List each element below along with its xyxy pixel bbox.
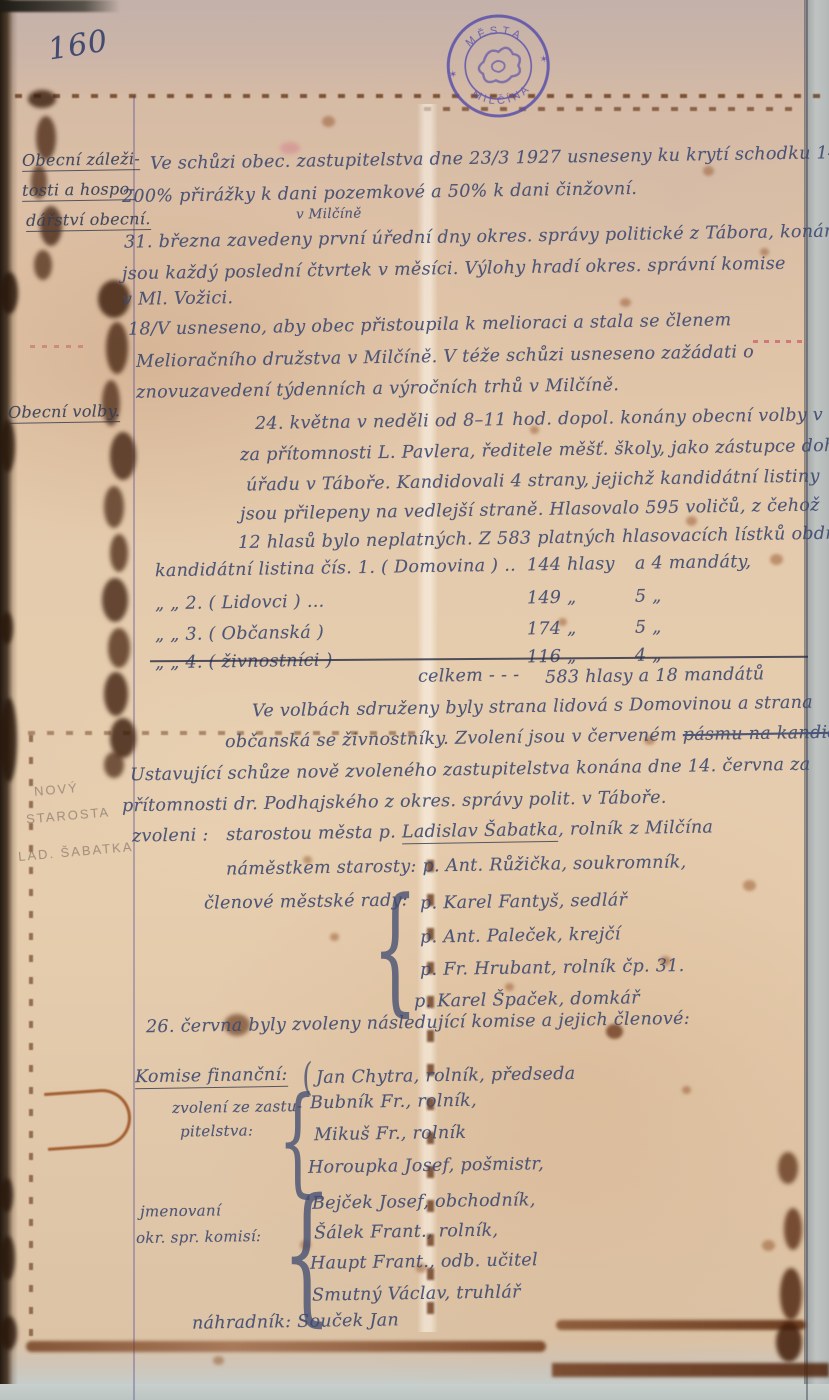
body-line: 200% přirážky k dani pozemkové a 50% k d… [122, 179, 638, 207]
commission-member: Haupt Frant., odb. učitel [310, 1250, 538, 1274]
edge-stain [0, 1178, 13, 1212]
mandates-value: 5 „ [635, 586, 662, 606]
council-member: p. Karel Špaček, domkář [414, 988, 640, 1012]
left-frame-left-edge [29, 735, 33, 1347]
ink-stain [104, 486, 124, 528]
elected-line: zvoleni : starostou města p. Ladislav Ša… [132, 817, 713, 846]
commission-member: Bejček Josef, obchodník, [312, 1190, 536, 1214]
votes-value: 149 „ [527, 588, 577, 609]
margin-note-topic: tosti a hospo- [22, 179, 135, 200]
ink-stain [778, 1152, 798, 1184]
group-label: jmenovaní [140, 1201, 221, 1220]
ink-stain [780, 1268, 802, 1320]
edge-stain [0, 1236, 15, 1280]
election-table-row: „ „ 2. ( Lidovci ) … 149 „ 5 „ [155, 584, 825, 621]
candidate-list-label: „ „ 2. ( Lidovci ) … [155, 592, 325, 615]
body-line: 24. května v neděli od 8–11 hod. dopol. … [255, 404, 829, 434]
top-crease-stain [15, 94, 829, 98]
body-line: občanská se živnostníky. Zvolení jsou v … [225, 722, 829, 753]
stain-band-right-bottom [552, 1363, 829, 1377]
body-line: 31. března zavedeny první úřední dny okr… [124, 221, 829, 252]
commission-member: Smutný Václav, truhlář [312, 1282, 521, 1305]
body-line: znovuzavedení týdenních a výročních trhů… [136, 375, 620, 403]
ink-stain [104, 672, 128, 716]
ink-stain [102, 578, 128, 622]
commission-member: Horoupka Josef, pošmistr, [308, 1154, 544, 1178]
mandates-value: a 4 mandáty, [635, 552, 752, 574]
commission-title: Komise finanční: [135, 1065, 288, 1087]
ink-stain [108, 628, 130, 668]
substitute-line: náhradník: Souček Jan [192, 1310, 399, 1333]
svg-text:MILČÍNA: MILČÍNA [469, 81, 535, 110]
manuscript-page: MĚSTA MILČÍNA ✶ ✶ 160 Obecní záleži- tos… [0, 0, 829, 1400]
ink-stain [34, 250, 52, 280]
ink-stain [110, 432, 136, 480]
stamp-star-right: ✶ [539, 54, 549, 66]
body-line: 12 hlasů bylo neplatných. Z 583 platných… [238, 523, 829, 553]
total-label: celkem - - - [418, 665, 520, 687]
official-round-stamp: MĚSTA MILČÍNA ✶ ✶ [434, 1, 563, 126]
ink-stain [106, 322, 128, 374]
stain-band-right-mid [556, 1320, 806, 1330]
ink-stain [784, 1208, 802, 1250]
council-member: p. Fr. Hrubant, rolník čp. 31. [420, 956, 685, 980]
votes-value: 174 „ [527, 619, 577, 640]
body-line: jsou přilepeny na vedlejší straně. Hlaso… [240, 495, 820, 524]
pencil-note-new-mayor: LAD. ŠABATKA [18, 839, 134, 864]
foxing-spot [762, 1240, 775, 1251]
edge-stain [0, 698, 17, 782]
margin-note-topic: Obecní záleži- [22, 149, 140, 170]
edge-stain [0, 420, 15, 472]
foxing-spot [743, 880, 756, 891]
stamp-star-left: ✶ [448, 69, 458, 81]
election-table-row: kandidátní listina čís. 1. ( Domovina ) … [155, 551, 825, 588]
commission-member: Mikuš Fr., rolník [314, 1123, 467, 1145]
body-line: přítomnosti dr. Podhajského z okres. spr… [122, 788, 667, 817]
foxing-spot [330, 933, 339, 941]
body-line: Ve volbách sdruženy byly strana lidová s… [252, 693, 813, 722]
pencil-note-new-mayor: STAROSTA [26, 804, 111, 826]
ink-stain [104, 752, 124, 778]
total-value: 583 hlasy a 18 mandátů [545, 664, 765, 687]
edge-stain [0, 1316, 17, 1350]
stamp-text-bottom: MILČÍNA [469, 81, 535, 110]
foxing-spot [213, 1356, 224, 1365]
body-line: Ve schůzi obec. zastupitelstva dne 23/3 … [150, 142, 829, 174]
struck-text: pásmu na kandidátkách [683, 722, 829, 745]
body-line: Ustavující schůze nově zvoleného zastupi… [130, 755, 811, 786]
stain-band-left-bottom [26, 1341, 546, 1352]
group-label: pitelstva: [180, 1121, 254, 1140]
foxing-spot [322, 116, 335, 127]
candidate-list-label: „ „ 3. ( Občanská ) [155, 623, 324, 646]
mayor-name: Ladislav Šabatka [402, 820, 559, 844]
candidate-list-label: kandidátní listina čís. 1. ( Domovina ) … [155, 556, 517, 582]
interline-insertion: v Milčíně [296, 205, 362, 222]
votes-value: 144 hlasy [527, 554, 615, 575]
foxing-spot [682, 1086, 691, 1094]
council-member: p. Ant. Paleček, krejčí [420, 924, 621, 947]
body-line: úřadu v Táboře. Kandidovali 4 strany, je… [246, 466, 820, 495]
ink-stain [776, 1322, 802, 1362]
edge-stain [0, 612, 13, 644]
edge-stain [0, 272, 18, 314]
mandates-value: 4 „ [635, 645, 662, 665]
council-member: p. Karel Fantyš, sedlář [420, 890, 628, 913]
mandates-value: 5 „ [635, 617, 662, 637]
commission-chairman: Jan Chytra, rolník, předseda [316, 1064, 576, 1088]
commission-member: Šálek Frant., rolník, [314, 1221, 499, 1244]
bottom-edge-strip [0, 1384, 829, 1400]
red-dotted-trace [753, 340, 807, 343]
margin-note-topic: dářství obecní. [26, 209, 151, 230]
ink-stain [28, 90, 56, 108]
deputy-line: náměstkem starosty: p. Ant. Růžička, sou… [226, 852, 687, 879]
top-left-corner-shadow [0, 0, 120, 12]
red-dotted-trace [30, 345, 90, 348]
body-line: jsou každý poslední čtvrtek v měsíci. Vý… [122, 254, 786, 284]
foxing-spot [703, 166, 714, 176]
commission-member: Bubník Fr., rolník, [310, 1091, 477, 1114]
foxing-spot [620, 298, 631, 307]
body-line: za přítomnosti L. Pavlera, ředitele měšť… [240, 435, 829, 466]
group-label: okr. spr. komisí: [136, 1227, 262, 1247]
body-line: v Ml. Vožici. [122, 288, 234, 310]
body-line: Melioračního družstva v Milčíně. V téže … [136, 342, 754, 372]
margin-note-elections: Obecní volby. [8, 401, 121, 422]
stamp-emblem [477, 46, 523, 85]
paperclip-imprint [44, 1087, 133, 1151]
council-brace: { [372, 880, 418, 1019]
ink-stain [110, 534, 128, 572]
page-number: 160 [46, 24, 111, 68]
pencil-note-new-mayor: NOVÝ [33, 780, 79, 799]
